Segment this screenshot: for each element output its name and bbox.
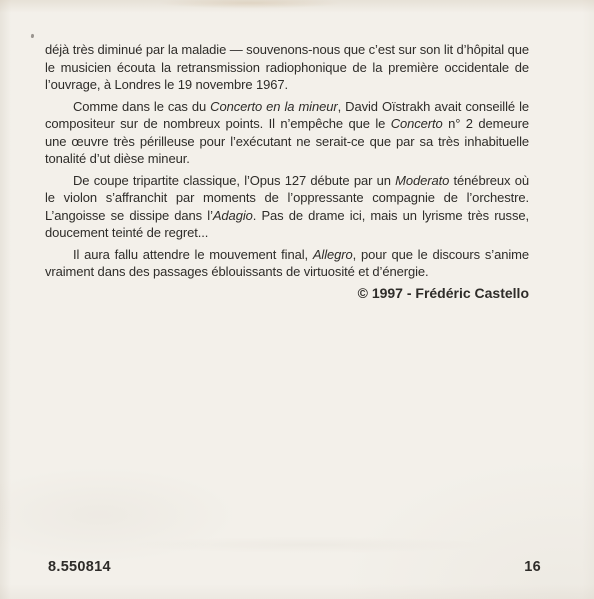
- work-title: Allegro: [313, 247, 353, 262]
- paragraph-text: déjà très diminué par la maladie — souve…: [45, 42, 529, 92]
- work-title: Moderato: [395, 173, 449, 188]
- ink-speck: [31, 34, 35, 39]
- paragraph: Comme dans le cas du Concerto en la mine…: [45, 98, 529, 168]
- work-title: Concerto en la mineur: [210, 99, 337, 114]
- credit-line: © 1997 - Frédéric Castello: [45, 285, 529, 303]
- paragraph: déjà très diminué par la maladie — souve…: [45, 41, 529, 94]
- work-title: Concerto: [391, 116, 443, 131]
- page-number: 16: [524, 559, 541, 575]
- catalog-number: 8.550814: [48, 559, 111, 575]
- paragraph-text: Il aura fallu attendre le mouvement fina…: [73, 247, 313, 262]
- paragraph: Il aura fallu attendre le mouvement fina…: [45, 246, 529, 281]
- paragraph: De coupe tripartite classique, l’Opus 12…: [45, 172, 529, 242]
- booklet-page: déjà très diminué par la maladie — souve…: [0, 0, 594, 599]
- body-text: déjà très diminué par la maladie — souve…: [45, 41, 529, 302]
- paragraph-text: Comme dans le cas du: [73, 99, 210, 114]
- work-title: Adagio: [213, 208, 253, 223]
- body-paragraphs: déjà très diminué par la maladie — souve…: [45, 41, 529, 281]
- paragraph-text: De coupe tripartite classique, l’Opus 12…: [73, 173, 395, 188]
